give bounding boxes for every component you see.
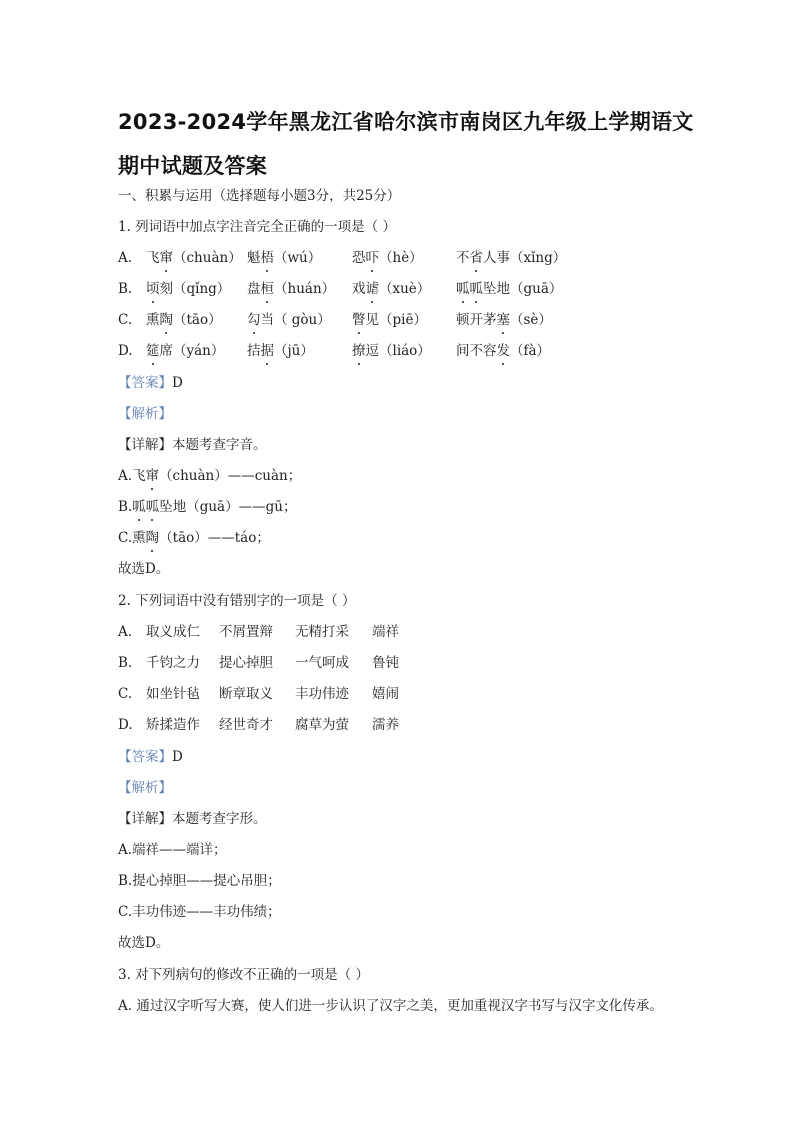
- option-item: 恐吓（hè）: [352, 249, 423, 267]
- option-item: 鲁钝: [372, 654, 399, 672]
- dotted-char: 筵: [146, 342, 160, 360]
- q2-stem: 2. 下列词语中没有错别字的一项是（ ）: [118, 592, 355, 610]
- option-item: 盘桓（huán）: [247, 280, 335, 298]
- q1-stem: 1. 列词语中加点字注音完全正确的一项是（ ）: [118, 218, 396, 236]
- dotted-char: 谑: [366, 280, 380, 298]
- option-item: 勾当（ gòu）: [247, 311, 331, 329]
- option-item: 取义成仁: [146, 623, 200, 641]
- dotted-char: 窜: [146, 467, 160, 485]
- option-item: 一气呵成: [295, 654, 349, 672]
- q2-explanation-a: A.端祥——端详；: [118, 841, 227, 859]
- q1-answer: 【答案】D: [118, 374, 183, 392]
- q1-explanation: C.熏陶（tāo）——táo；: [118, 529, 270, 547]
- document-title: 2023-2024学年黑龙江省哈尔滨市南岗区九年级上学期语文 期中试题及答案: [118, 100, 698, 188]
- option-letter: D.: [118, 342, 133, 360]
- dotted-char: 据: [261, 342, 275, 360]
- title-line-2: 期中试题及答案: [118, 144, 698, 188]
- q2-explanation-c: C.丰功伟迹——丰功伟绩；: [118, 903, 281, 921]
- section-heading: 一、积累与运用（选择题每小题3分，共25分）: [118, 187, 400, 205]
- option-letter: D.: [118, 716, 133, 734]
- dotted-char: 瞥: [352, 311, 366, 329]
- q3-option-a: A. 通过汉字听写大赛，使人们进一步认识了汉字之美，更加重视汉字书写与汉字文化传…: [118, 997, 663, 1015]
- q2-analysis-label: 【解析】: [118, 779, 172, 797]
- option-item: 熏陶（tāo）: [146, 311, 222, 329]
- dotted-char: 呱: [470, 280, 484, 298]
- option-item: 顿开茅塞（sè）: [456, 311, 552, 329]
- option-letter: C.: [118, 685, 132, 703]
- option-item: 腐草为萤: [295, 716, 349, 734]
- q3-stem: 3. 对下列病句的修改不正确的一项是（ ）: [118, 966, 369, 984]
- answer-label: 【答案】: [118, 375, 172, 391]
- q1-explanation: B.呱呱坠地（guā）——gū；: [118, 498, 296, 516]
- detail-label: 【详解】: [118, 811, 172, 827]
- option-item: 千钧之力: [146, 654, 200, 672]
- q1-conclusion: 故选D。: [118, 560, 169, 578]
- option-item: 如坐针毡: [146, 685, 200, 703]
- option-letter: B.: [118, 280, 132, 298]
- answer-value: D: [172, 375, 183, 391]
- dotted-char: 窜: [160, 249, 174, 267]
- option-letter: A.: [118, 249, 132, 267]
- option-item: 经世奇才: [219, 716, 273, 734]
- q1-analysis-label: 【解析】: [118, 405, 172, 423]
- option-item: 拮据（jū）: [247, 342, 314, 360]
- option-item: 断章取义: [219, 685, 273, 703]
- option-item: 矫揉造作: [146, 716, 200, 734]
- q2-conclusion: 故选D。: [118, 934, 169, 952]
- option-item: 筵席（yán）: [146, 342, 224, 360]
- dotted-char: 陶: [160, 311, 174, 329]
- option-item: 魁梧（wú）: [247, 249, 321, 267]
- q1-detail: 【详解】本题考查字音。: [118, 436, 267, 454]
- option-item: 戏谑（xuè）: [352, 280, 430, 298]
- detail-label: 【详解】: [118, 437, 172, 453]
- dotted-char: 撩: [352, 342, 366, 360]
- title-line-1: 2023-2024学年黑龙江省哈尔滨市南岗区九年级上学期语文: [118, 100, 698, 144]
- dotted-char: 省: [470, 249, 484, 267]
- answer-value: D: [172, 749, 183, 765]
- detail-text: 本题考查字音。: [172, 437, 267, 453]
- dotted-char: 桓: [261, 280, 275, 298]
- q1-explanation: A.飞窜（chuàn）——cuàn；: [118, 467, 301, 485]
- option-item: 撩逗（liáo）: [352, 342, 431, 360]
- dotted-char: 勾: [247, 311, 261, 329]
- dotted-char: 吓: [366, 249, 380, 267]
- option-letter: C.: [118, 311, 132, 329]
- dotted-char: 塞: [497, 311, 511, 329]
- option-item: 端祥: [372, 623, 399, 641]
- option-item: 濡养: [372, 716, 399, 734]
- dotted-char: 发: [497, 342, 511, 360]
- dotted-char: 陶: [146, 529, 160, 547]
- q2-answer: 【答案】D: [118, 748, 183, 766]
- option-item: 间不容发（fà）: [456, 342, 550, 360]
- dotted-char: 梧: [261, 249, 275, 267]
- option-item: 瞥见（piē）: [352, 311, 427, 329]
- dotted-char: 呱: [146, 498, 160, 516]
- option-item: 不屑置辩: [219, 623, 273, 641]
- option-item: 呱呱坠地（guā）: [456, 280, 562, 298]
- option-item: 嬉闹: [372, 685, 399, 703]
- q2-explanation-b: B.提心掉胆——提心吊胆；: [118, 872, 281, 890]
- option-item: 提心掉胆: [219, 654, 273, 672]
- option-item: 丰功伟迹: [295, 685, 349, 703]
- option-item: 无精打采: [295, 623, 349, 641]
- option-letter: B.: [118, 654, 132, 672]
- option-item: 不省人事（xǐng）: [456, 249, 566, 267]
- option-letter: A.: [118, 623, 132, 641]
- dotted-char: 呱: [132, 498, 146, 516]
- q2-detail: 【详解】本题考查字形。: [118, 810, 267, 828]
- dotted-char: 顷: [146, 280, 160, 298]
- option-item: 飞窜（chuàn）: [146, 249, 242, 267]
- detail-text: 本题考查字形。: [172, 811, 267, 827]
- answer-label: 【答案】: [118, 749, 172, 765]
- dotted-char: 呱: [456, 280, 470, 298]
- option-item: 顷刻（qǐng）: [146, 280, 230, 298]
